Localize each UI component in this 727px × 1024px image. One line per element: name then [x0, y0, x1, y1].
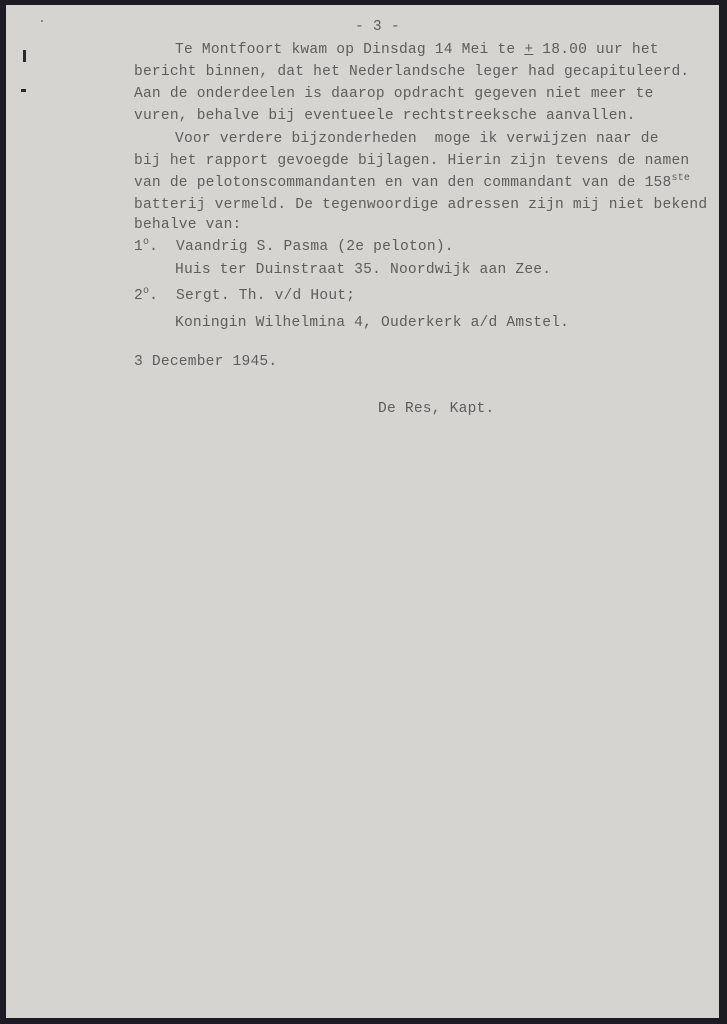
list-item-2-line-2: Koningin Wilhelmina 4, Ouderkerk a/d Ams… [175, 313, 569, 333]
paragraph-2-line-1: Voor verdere bijzonderheden moge ik verw… [175, 129, 659, 149]
signature: De Res, Kapt. [378, 399, 494, 419]
page-number: - 3 - [355, 17, 400, 37]
text-segment: 18.00 uur het [533, 42, 658, 58]
text-segment: Te Montfoort kwam op Dinsdag 14 Mei te [175, 42, 524, 58]
paragraph-1-line-4: vuren, behalve bij eventueele rechtstree… [134, 106, 636, 126]
margin-speck [41, 20, 43, 22]
margin-mark [23, 50, 26, 62]
paragraph-2-line-5: behalve van: [134, 215, 242, 235]
list-number: 2 [134, 288, 143, 304]
text-segment: van de pelotonscommandanten en van den c… [134, 175, 671, 191]
paragraph-1-line-3: Aan de onderdeelen is daarop opdracht ge… [134, 84, 654, 104]
paragraph-1-line-2: bericht binnen, dat het Nederlandsche le… [134, 62, 689, 82]
plus-minus-sign: + [524, 42, 533, 58]
ordinal-superscript: ste [671, 173, 690, 184]
list-item-1-line-1: 1o. Vaandrig S. Pasma (2e peloton). [134, 237, 454, 257]
text-segment: . Vaandrig S. Pasma (2e peloton). [149, 239, 454, 255]
document-date: 3 December 1945. [134, 352, 277, 372]
text-segment: . Sergt. Th. v/d Hout; [149, 288, 355, 304]
list-item-1-line-2: Huis ter Duinstraat 35. Noordwijk aan Ze… [175, 260, 551, 280]
paragraph-1-line-1: Te Montfoort kwam op Dinsdag 14 Mei te +… [175, 40, 659, 60]
paragraph-2-line-4: batterij vermeld. De tegenwoordige adres… [134, 195, 707, 215]
margin-mark [21, 89, 26, 92]
list-number: 1 [134, 239, 143, 255]
paragraph-2-line-3: van de pelotonscommandanten en van den c… [134, 173, 690, 193]
paragraph-2-line-2: bij het rapport gevoegde bijlagen. Hieri… [134, 151, 689, 171]
list-item-2-line-1: 2o. Sergt. Th. v/d Hout; [134, 286, 355, 306]
